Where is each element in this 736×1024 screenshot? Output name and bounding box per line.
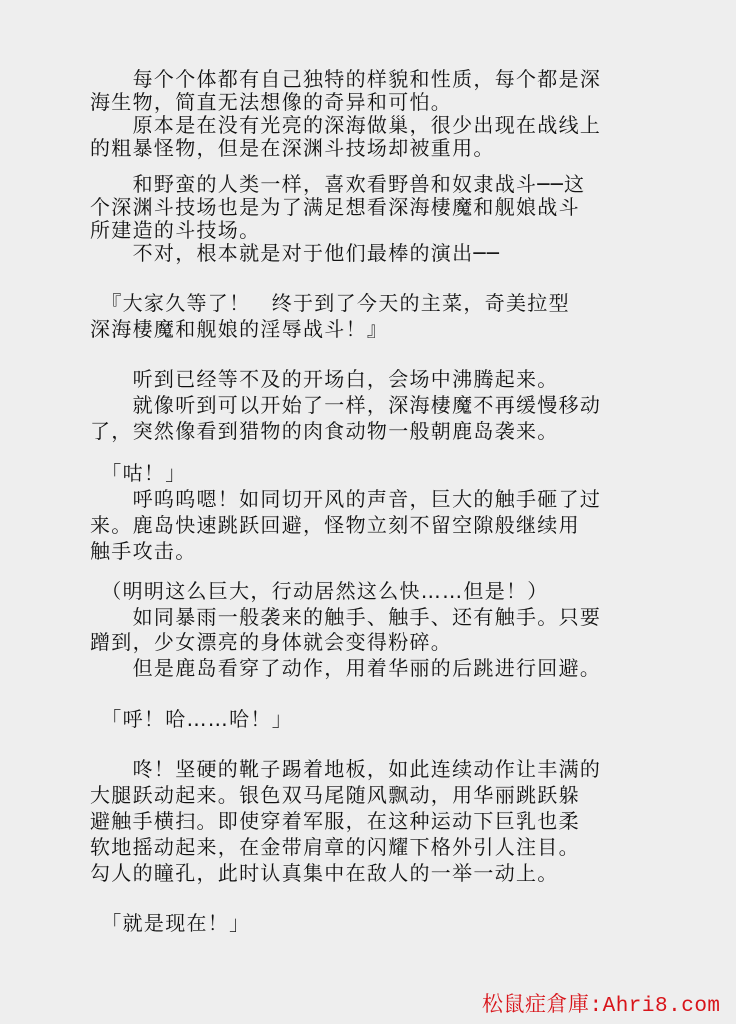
- text-line: 每个个体都有自己独特的样貌和性质，每个都是深: [90, 68, 601, 91]
- text-line: 个深渊斗技场也是为了满足想看深海棲魔和舰娘战斗: [90, 196, 580, 219]
- dialogue-line: 深海棲魔和舰娘的淫辱战斗！』: [90, 318, 388, 341]
- dialogue-line: 「咕！」: [90, 462, 187, 485]
- text-line: 海生物，简直无法想像的奇异和可怕。: [90, 91, 452, 114]
- text-line: 原本是在没有光亮的深海做巢，很少出现在战线上: [90, 114, 601, 137]
- text-line: 但是鹿岛看穿了动作，用着华丽的后跳进行回避。: [90, 657, 601, 680]
- thought-line: （明明这么巨大，行动居然这么快……但是！）: [90, 580, 549, 603]
- text-line: 咚！坚硬的靴子踢着地板，如此连续动作让丰满的: [90, 758, 601, 781]
- text-line: 所建造的斗技场。: [90, 219, 260, 242]
- dialogue-line: 『大家久等了！ 终于到了今天的主菜，奇美拉型: [90, 292, 570, 315]
- text-line: 如同暴雨一般袭来的触手、触手、还有触手。只要: [90, 606, 601, 629]
- text-line: 来。鹿岛快速跳跃回避，怪物立刻不留空隙般继续用: [90, 514, 580, 537]
- text-line: 大腿跃动起来。银色双马尾随风飘动，用华丽跳跃躲: [90, 784, 580, 807]
- text-line: 就像听到可以开始了一样，深海棲魔不再缓慢移动: [90, 394, 601, 417]
- text-line: 了，突然像看到猎物的肉食动物一般朝鹿岛袭来。: [90, 420, 559, 443]
- text-line: 的粗暴怪物，但是在深渊斗技场却被重用。: [90, 137, 495, 160]
- text-line: 呼呜呜嗯！如同切开风的声音，巨大的触手砸了过: [90, 488, 601, 511]
- text-line: 勾人的瞳孔，此时认真集中在敌人的一举一动上。: [90, 862, 559, 885]
- watermark: 松鼠症倉庫:Ahri8.com: [482, 988, 721, 1018]
- text-line: 蹭到，少女漂亮的身体就会变得粉碎。: [90, 631, 452, 654]
- dialogue-line: 「就是现在！」: [90, 912, 250, 935]
- text-line: 触手攻击。: [90, 540, 197, 563]
- dialogue-line: 「呼！哈……哈！」: [90, 708, 293, 731]
- text-line: 听到已经等不及的开场白，会场中沸腾起来。: [90, 368, 559, 391]
- text-line: 软地摇动起来，在金带肩章的闪耀下格外引人注目。: [90, 836, 580, 859]
- text-line: 避触手横扫。即使穿着军服，在这种运动下巨乳也柔: [90, 810, 580, 833]
- text-line: 和野蛮的人类一样，喜欢看野兽和奴隶战斗──这: [90, 173, 585, 196]
- text-line: 不对，根本就是对于他们最棒的演出──: [90, 242, 500, 265]
